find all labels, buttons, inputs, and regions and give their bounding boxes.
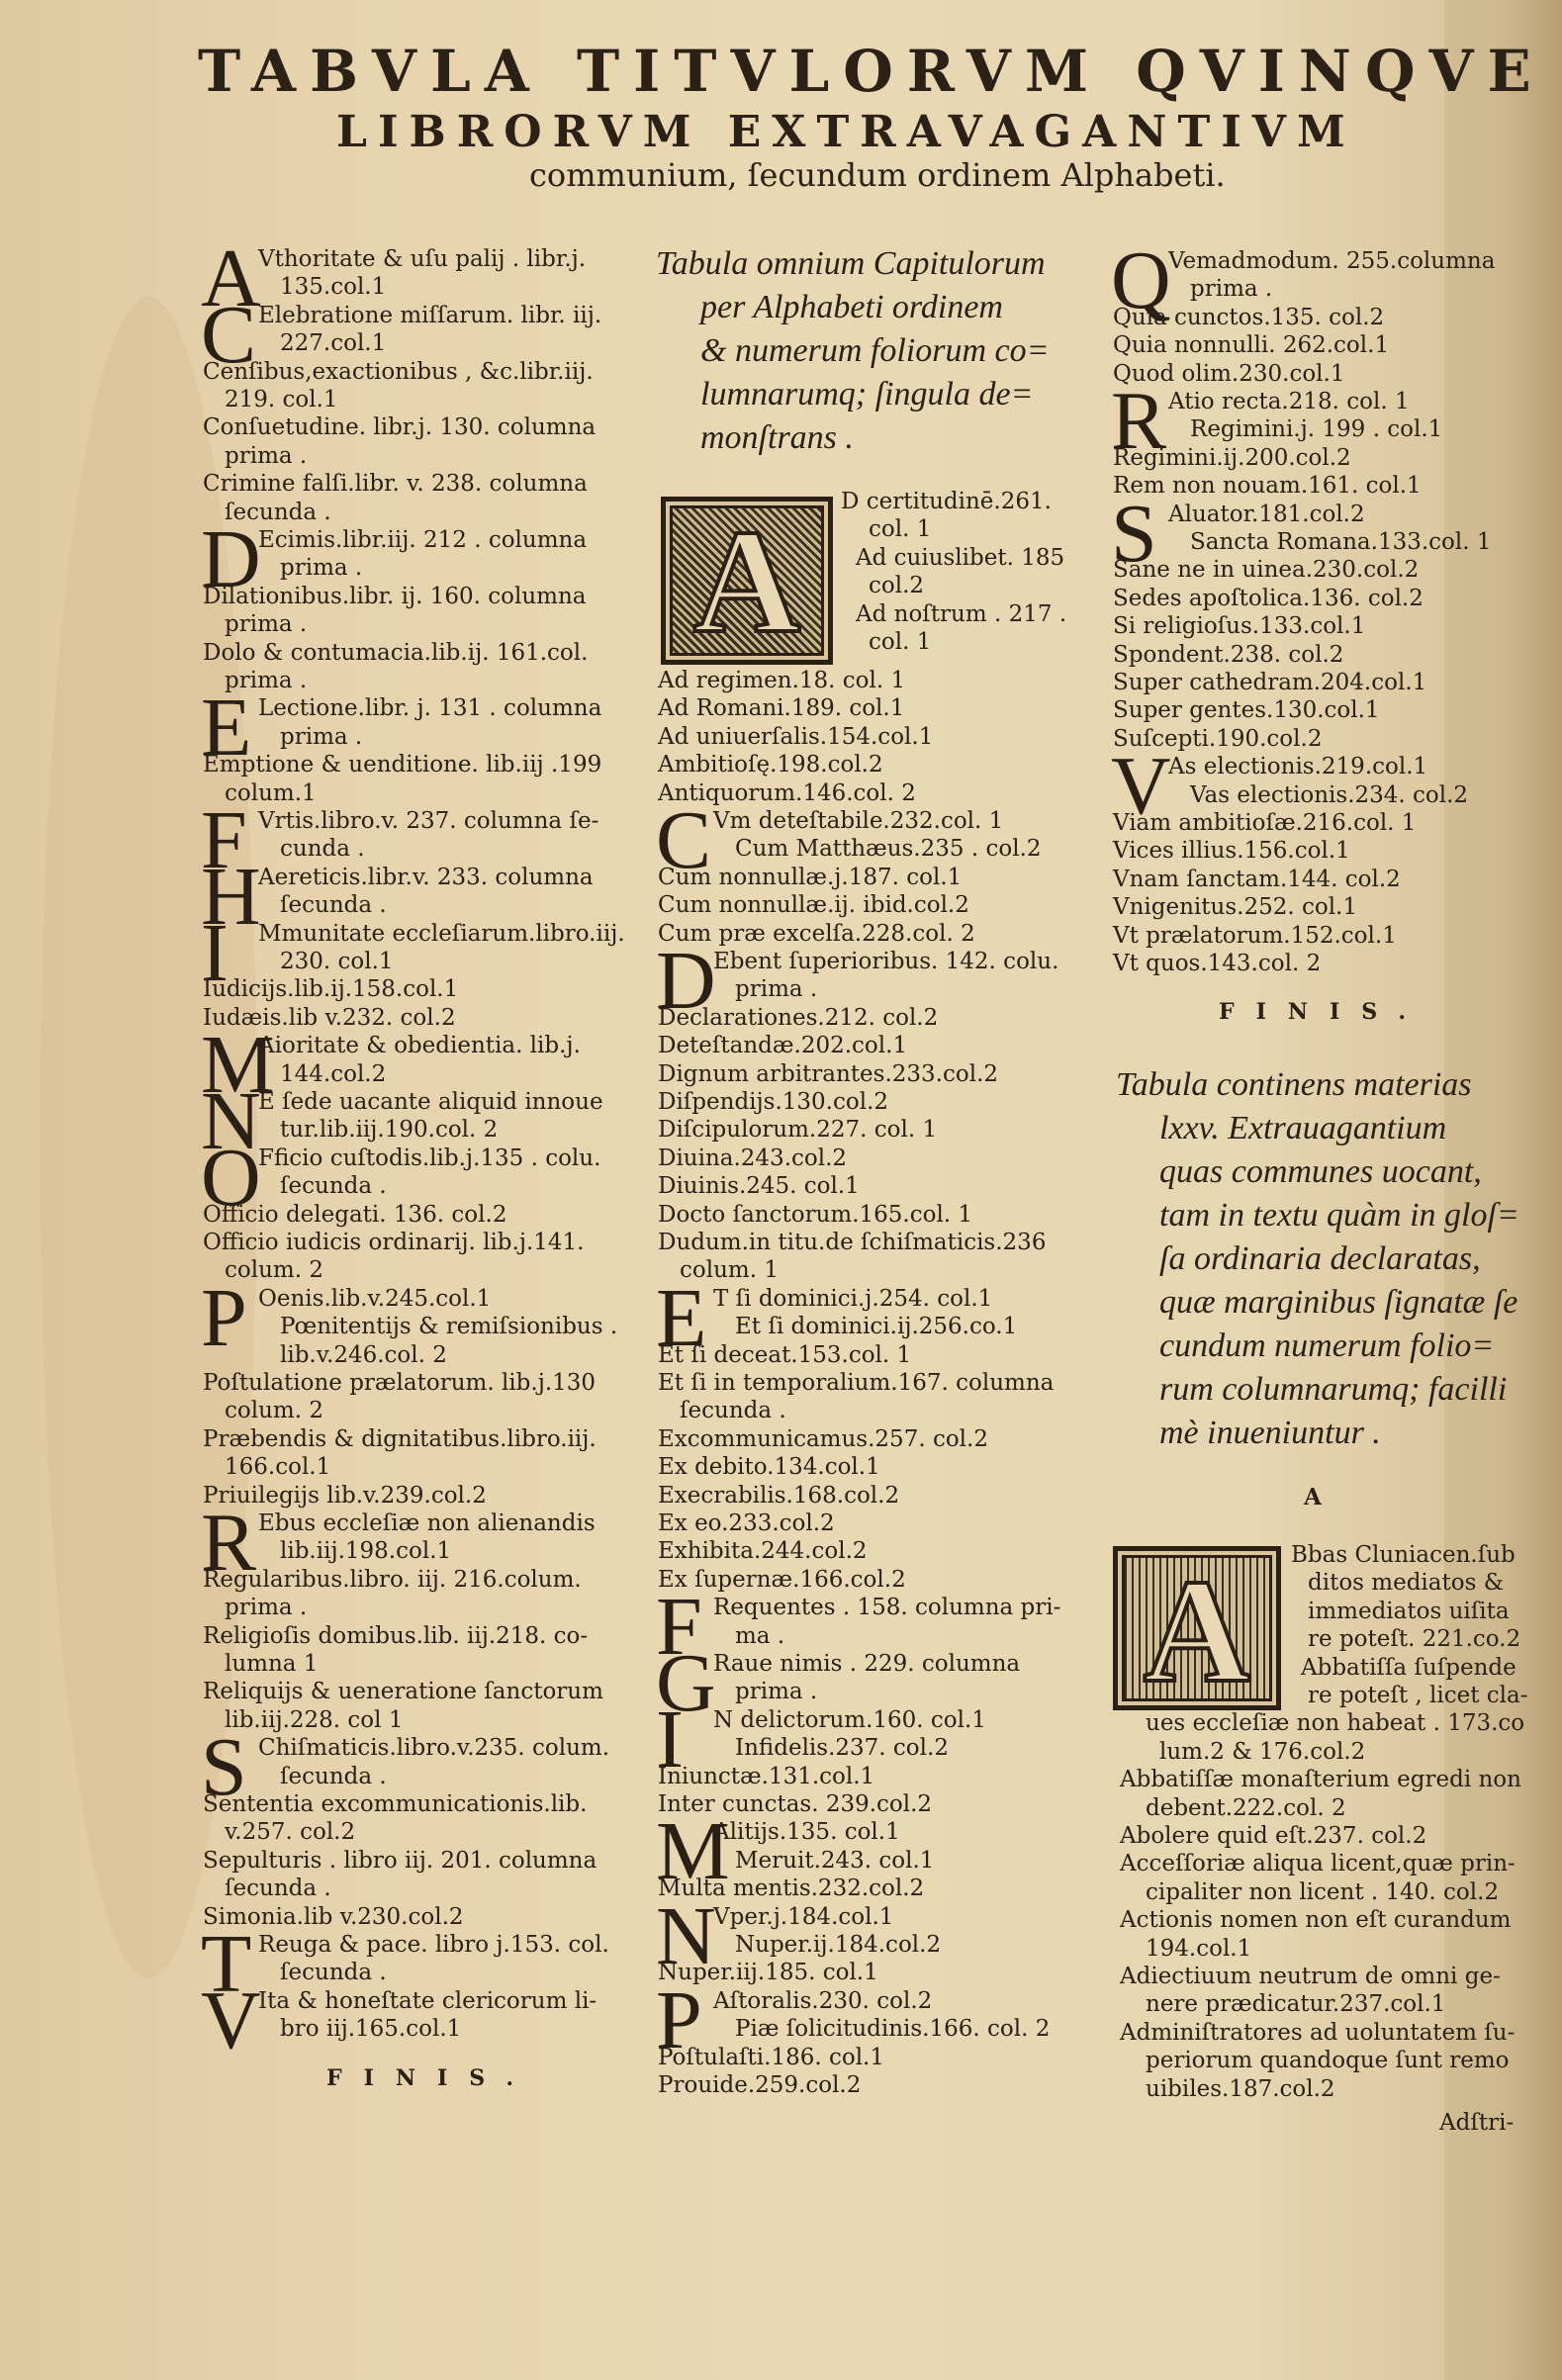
index-entry: Abbatiſſæ monaſterium egredi non <box>1120 1766 1521 1793</box>
woodcut-entry-line: re poteſt , licet cla- <box>1308 1682 1528 1709</box>
finis-label: FINIS. <box>1219 999 1427 1025</box>
index-entry-line: Atio recta.218. col. 1 <box>1168 388 1410 415</box>
index-entry-line: ma . <box>735 1622 784 1650</box>
index-entry: Vt quos.143.col. 2 <box>1113 950 1321 977</box>
index-entry-line: Et ſi dominici.ij.256.co.1 <box>735 1313 1017 1340</box>
index-entry: Diuina.243.col.2 <box>658 1144 847 1172</box>
index-entry-line: Elebratione miſſarum. libr. iij. <box>258 302 601 329</box>
index-entry-continuation: colum. 2 <box>225 1397 323 1424</box>
index-entry: Ad Romani.189. col.1 <box>658 694 904 722</box>
index-entry-line: ſecunda . <box>280 1959 387 1986</box>
index-entry-line: Meruit.243. col.1 <box>735 1847 934 1875</box>
index-entry-line: T ſi dominici.j.254. col.1 <box>713 1285 992 1313</box>
index-entry-continuation: debent.222.col. 2 <box>1146 1794 1346 1822</box>
middle-intro-line: Tabula omnium Capitulorum <box>656 242 1046 286</box>
woodcut-initial-a: A <box>661 497 833 665</box>
woodcut-entry-line: col.2 <box>869 572 924 599</box>
right-intro-line: lxxv. Extrauagantium <box>1159 1107 1446 1150</box>
index-entry: Sepulturis . libro iij. 201. columna <box>203 1847 597 1875</box>
index-entry-line: Aſtoralis.230. col.2 <box>713 1987 932 2015</box>
title-line-2: LIBRORVM EXTRAVAGANTIVM <box>336 107 1356 157</box>
index-entry-line: lib.iij.198.col.1 <box>280 1537 451 1565</box>
index-entry: Crimine falſi.libr. v. 238. columna <box>203 470 588 498</box>
index-entry: Vnigenitus.252. col.1 <box>1113 893 1357 921</box>
index-entry: Super gentes.130.col.1 <box>1113 696 1380 724</box>
index-entry-continuation: lum.2 & 176.col.2 <box>1159 1738 1365 1766</box>
index-entry: Viam ambitioſæ.216.col. 1 <box>1113 809 1416 837</box>
index-entry: Sane ne in uinea.230.col.2 <box>1113 556 1419 584</box>
index-entry: Sententia excommunicationis.lib. <box>203 1790 587 1818</box>
index-entry: Quia nonnulli. 262.col.1 <box>1113 331 1389 359</box>
index-entry-line: Reuga & pace. libro j.153. col. <box>258 1931 609 1959</box>
index-entry: Quia cunctos.135. col.2 <box>1113 304 1384 331</box>
index-entry-line: E ſede uacante aliquid innoue <box>258 1088 603 1116</box>
index-entry-line: cunda . <box>280 835 365 863</box>
index-entry: Excommunicamus.257. col.2 <box>658 1425 988 1453</box>
woodcut-entry-line: D certitudinē.261. <box>841 488 1052 515</box>
index-entry-continuation: 219. col.1 <box>225 386 338 413</box>
index-entry-line: Oenis.lib.v.245.col.1 <box>258 1285 491 1313</box>
index-entry: Ex debito.134.col.1 <box>658 1453 880 1481</box>
index-entry-line: Fficio cuſtodis.lib.j.135 . colu. <box>258 1144 600 1172</box>
index-entry-line: Piæ ſolicitudinis.166. col. 2 <box>735 2015 1050 2043</box>
index-entry-line: Requentes . 158. columna pri- <box>713 1594 1060 1621</box>
right-intro-line: cundum numerum folio= <box>1159 1325 1494 1368</box>
index-entry-line: As electionis.219.col.1 <box>1168 753 1427 780</box>
index-entry-line: Vm deteſtabile.232.col. 1 <box>713 807 1003 835</box>
index-entry-line: Infidelis.237. col.2 <box>735 1734 949 1762</box>
woodcut-entry-line: ditos mediatos & <box>1308 1569 1504 1597</box>
finis-label: FINIS. <box>326 2065 535 2091</box>
woodcut-entry-line: Ad noſtrum . 217 . <box>856 600 1066 628</box>
woodcut-entry-line: col. 1 <box>869 515 931 543</box>
index-entry-line: Vemadmodum. 255.columna <box>1168 247 1495 275</box>
index-entry: Spondent.238. col.2 <box>1113 641 1343 669</box>
drop-cap-p: P <box>201 1277 247 1360</box>
index-entry: Iniunctæ.131.col.1 <box>658 1763 874 1790</box>
right-intro-line: quæ marginibus ſignatæ ſe <box>1159 1281 1517 1325</box>
index-entry: Acceſſoriæ aliqua licent,quæ prin- <box>1120 1850 1516 1877</box>
index-entry-continuation: uibiles.187.col.2 <box>1146 2075 1335 2103</box>
index-entry-continuation: lumna 1 <box>225 1650 318 1678</box>
right-intro-line: rum columnarumq; facilli <box>1159 1368 1507 1412</box>
index-entry-line: Raue nimis . 229. columna <box>713 1650 1020 1678</box>
right-intro-line: tam in textu quàm in gloſ= <box>1159 1194 1519 1237</box>
index-entry: Cum nonnullæ.ij. ibid.col.2 <box>658 891 969 919</box>
index-entry-line: Nuper.ij.184.col.2 <box>735 1931 941 1959</box>
index-entry: Si religioſus.133.col.1 <box>1113 612 1365 640</box>
right-intro-line: Tabula continens materias <box>1116 1063 1472 1107</box>
index-entry-line: Mmunitate eccleſiarum.libro.iij. <box>258 920 625 948</box>
index-entry-continuation: prima . <box>225 1594 307 1621</box>
index-entry: Sedes apoſtolica.136. col.2 <box>1113 585 1424 612</box>
index-entry-line: Aluator.181.col.2 <box>1168 501 1365 528</box>
index-entry: Dudum.in titu.de ſchiſmaticis.236 <box>658 1229 1046 1256</box>
index-entry-line: Ecimis.libr.iij. 212 . columna <box>258 526 587 554</box>
index-entry-line: prima . <box>1190 275 1272 303</box>
index-entry: Reliquijs & ueneratione ſanctorum <box>203 1678 603 1705</box>
index-entry: Præbendis & dignitatibus.libro.iij. <box>203 1425 597 1453</box>
index-entry-continuation: ſecunda . <box>225 1875 331 1902</box>
index-entry: Vt prælatorum.152.col.1 <box>1113 922 1397 950</box>
index-entry: Et ſi in temporalium.167. columna <box>658 1369 1054 1397</box>
section-letter-a: A <box>1304 1484 1322 1511</box>
index-entry: Poſtulaſti.186. col.1 <box>658 2044 884 2071</box>
woodcut-initial-a-figure: A <box>1113 1546 1281 1710</box>
index-entry: Religioſis domibus.lib. iij.218. co- <box>203 1622 588 1650</box>
drop-cap-v: V <box>201 1979 261 2062</box>
index-entry: Vices illius.156.col.1 <box>1113 837 1350 865</box>
index-entry: Et ſi deceat.153.col. 1 <box>658 1341 911 1369</box>
index-entry: Execrabilis.168.col.2 <box>658 1482 899 1510</box>
right-intro-line: mè inueniuntur . <box>1159 1412 1381 1455</box>
index-entry: Officio delegati. 136. col.2 <box>203 1201 506 1229</box>
index-entry: Dilationibus.libr. ij. 160. columna <box>203 583 587 610</box>
index-entry-line: Vrtis.libro.v. 237. columna ſe- <box>258 807 598 835</box>
index-entry: Docto ſanctorum.165.col. 1 <box>658 1201 972 1229</box>
woodcut-entry-line: Ad cuiuslibet. 185 <box>856 544 1064 572</box>
index-entry-line: prima . <box>280 554 362 582</box>
title-line-3: communium, ſecundum ordinem Alphabeti. <box>529 156 1226 194</box>
index-entry: Dignum arbitrantes.233.col.2 <box>658 1060 998 1088</box>
title-line-1: TABVLA TITVLORVM QVINQVE <box>198 38 1545 105</box>
index-entry-continuation: periorum quandoque ſunt remo <box>1146 2047 1510 2074</box>
index-entry: Dolo & contumacia.lib.ij. 161.col. <box>203 639 588 667</box>
index-entry-line: Regimini.j. 199 . col.1 <box>1190 415 1442 443</box>
woodcut-letter: A <box>1118 1557 1276 1705</box>
index-entry: Ad uniuerſalis.154.col.1 <box>658 723 933 751</box>
index-entry-line: Vper.j.184.col.1 <box>713 1903 893 1931</box>
index-entry: Rem non nouam.161. col.1 <box>1113 472 1422 500</box>
index-entry: Prouide.259.col.2 <box>658 2071 861 2099</box>
index-entry-line: Cum Matthæus.235 . col.2 <box>735 835 1042 863</box>
index-entry: Cum nonnullæ.j.187. col.1 <box>658 864 962 891</box>
index-entry-line: Vthoritate & uſu palij . libr.j. <box>258 245 586 273</box>
index-entry-line: prima . <box>735 1678 817 1705</box>
index-entry: Regularibus.libro. iij. 216.colum. <box>203 1566 582 1594</box>
index-entry: Iudicijs.lib.ij.158.col.1 <box>203 975 458 1003</box>
index-entry: Adiectiuum neutrum de omni ge- <box>1120 1963 1501 1990</box>
right-intro-line: ſa ordinaria declaratas, <box>1159 1237 1481 1281</box>
index-entry-line: Pœnitentijs & remiſsionibus . <box>280 1313 617 1340</box>
index-entry: ues eccleſiæ non habeat . 173.co <box>1146 1709 1524 1737</box>
index-entry-line: 135.col.1 <box>280 273 386 301</box>
index-entry-line: Ebent ſuperioribus. 142. colu. <box>713 948 1058 975</box>
index-entry: Super cathedram.204.col.1 <box>1113 669 1426 696</box>
index-entry-line: 227.col.1 <box>280 329 386 357</box>
index-entry-line: Alitijs.135. col.1 <box>713 1818 900 1846</box>
catchword: Adſtri- <box>1439 2109 1514 2137</box>
index-entry-line: 144.col.2 <box>280 1060 386 1088</box>
woodcut-letter: A <box>666 507 828 656</box>
index-entry-continuation: nere prædicatur.237.col.1 <box>1146 1990 1445 2018</box>
index-entry-line: Lectione.libr. j. 131 . columna <box>258 694 601 722</box>
index-entry-continuation: 194.col.1 <box>1146 1935 1251 1963</box>
index-entry-continuation: prima . <box>225 442 307 470</box>
index-entry-line: bro iij.165.col.1 <box>280 2015 461 2043</box>
index-entry: Adminiſtratores ad uoluntatem ſu- <box>1120 2019 1515 2047</box>
woodcut-entry-line: immediatos uiſita <box>1308 1598 1510 1625</box>
woodcut-entry-line: Abbatiſſa ſuſpende <box>1301 1654 1516 1682</box>
index-entry-line: Aioritate & obedientia. lib.j. <box>258 1032 581 1059</box>
right-intro-line: quas communes uocant, <box>1159 1150 1482 1194</box>
index-entry-line: Vas electionis.234. col.2 <box>1190 781 1468 809</box>
index-entry-line: Aereticis.libr.v. 233. columna <box>258 864 594 891</box>
index-entry: Officio iudicis ordinarij. lib.j.141. <box>203 1229 585 1256</box>
index-entry: Vnam ſanctam.144. col.2 <box>1113 866 1401 893</box>
index-entry-continuation: cipaliter non licent . 140. col.2 <box>1146 1878 1499 1906</box>
middle-intro-line: per Alphabeti ordinem <box>700 286 1003 329</box>
index-entry: Poſtulatione prælatorum. lib.j.130 <box>203 1369 596 1397</box>
middle-intro-line: & numerum foliorum co= <box>700 329 1050 373</box>
index-entry: Regimini.ij.200.col.2 <box>1113 444 1351 472</box>
index-entry: Deteſtandæ.202.col.1 <box>658 1032 907 1059</box>
middle-intro-line: monſtrans . <box>700 416 854 460</box>
woodcut-entry-line: col. 1 <box>869 628 931 656</box>
index-entry: Ex eo.233.col.2 <box>658 1510 835 1537</box>
index-entry-continuation: v.257. col.2 <box>225 1818 355 1846</box>
index-entry-line: N delictorum.160. col.1 <box>713 1706 986 1734</box>
index-entry-line: lib.v.246.col. 2 <box>280 1341 447 1369</box>
index-entry-line: Ita & honeſtate clericorum li- <box>258 1987 597 2015</box>
index-entry: Diſpendijs.130.col.2 <box>658 1088 888 1116</box>
index-entry-line: ſecunda . <box>280 1763 387 1790</box>
index-entry-line: tur.lib.iij.190.col. 2 <box>280 1116 498 1144</box>
index-entry-line: ſecunda . <box>280 891 387 919</box>
index-entry: Diuinis.245. col.1 <box>658 1172 860 1200</box>
middle-intro-line: lumnarumq; ſingula de= <box>700 373 1033 416</box>
index-entry: Abolere quid eſt.237. col.2 <box>1120 1822 1426 1850</box>
index-entry-line: prima . <box>280 723 362 751</box>
index-entry-continuation: lib.iij.228. col 1 <box>225 1706 403 1734</box>
index-entry-continuation: prima . <box>225 610 307 638</box>
index-entry-line: Chiſmaticis.libro.v.235. colum. <box>258 1734 609 1762</box>
index-entry-continuation: 166.col.1 <box>225 1453 330 1481</box>
index-entry-line: 230. col.1 <box>280 948 394 975</box>
index-entry: Emptione & uenditione. lib.iij .199 <box>203 751 601 778</box>
index-entry: Exhibita.244.col.2 <box>658 1537 868 1565</box>
woodcut-entry-line: re poteſt. 221.co.2 <box>1308 1625 1520 1653</box>
index-entry: Diſcipulorum.227. col. 1 <box>658 1116 937 1144</box>
index-entry-continuation: ſecunda . <box>680 1397 786 1424</box>
index-entry: Ambitioſę.198.col.2 <box>658 751 883 778</box>
index-entry: Ad regimen.18. col. 1 <box>658 667 905 694</box>
index-entry: Conſuetudine. libr.j. 130. columna <box>203 413 596 441</box>
index-entry-line: Sancta Romana.133.col. 1 <box>1190 528 1492 556</box>
index-entry-line: ſecunda . <box>280 1172 387 1200</box>
index-entry: Actionis nomen non eſt curandum <box>1120 1906 1511 1934</box>
index-entry-line: prima . <box>735 975 817 1003</box>
index-entry: Cenſibus,exactionibus , &c.libr.iij. <box>203 358 594 386</box>
index-entry: Declarationes.212. col.2 <box>658 1004 938 1032</box>
woodcut-entry-line: Bbas Cluniacen.ſub <box>1291 1541 1516 1569</box>
index-entry-line: Ebus eccleſiæ non alienandis <box>258 1510 596 1537</box>
